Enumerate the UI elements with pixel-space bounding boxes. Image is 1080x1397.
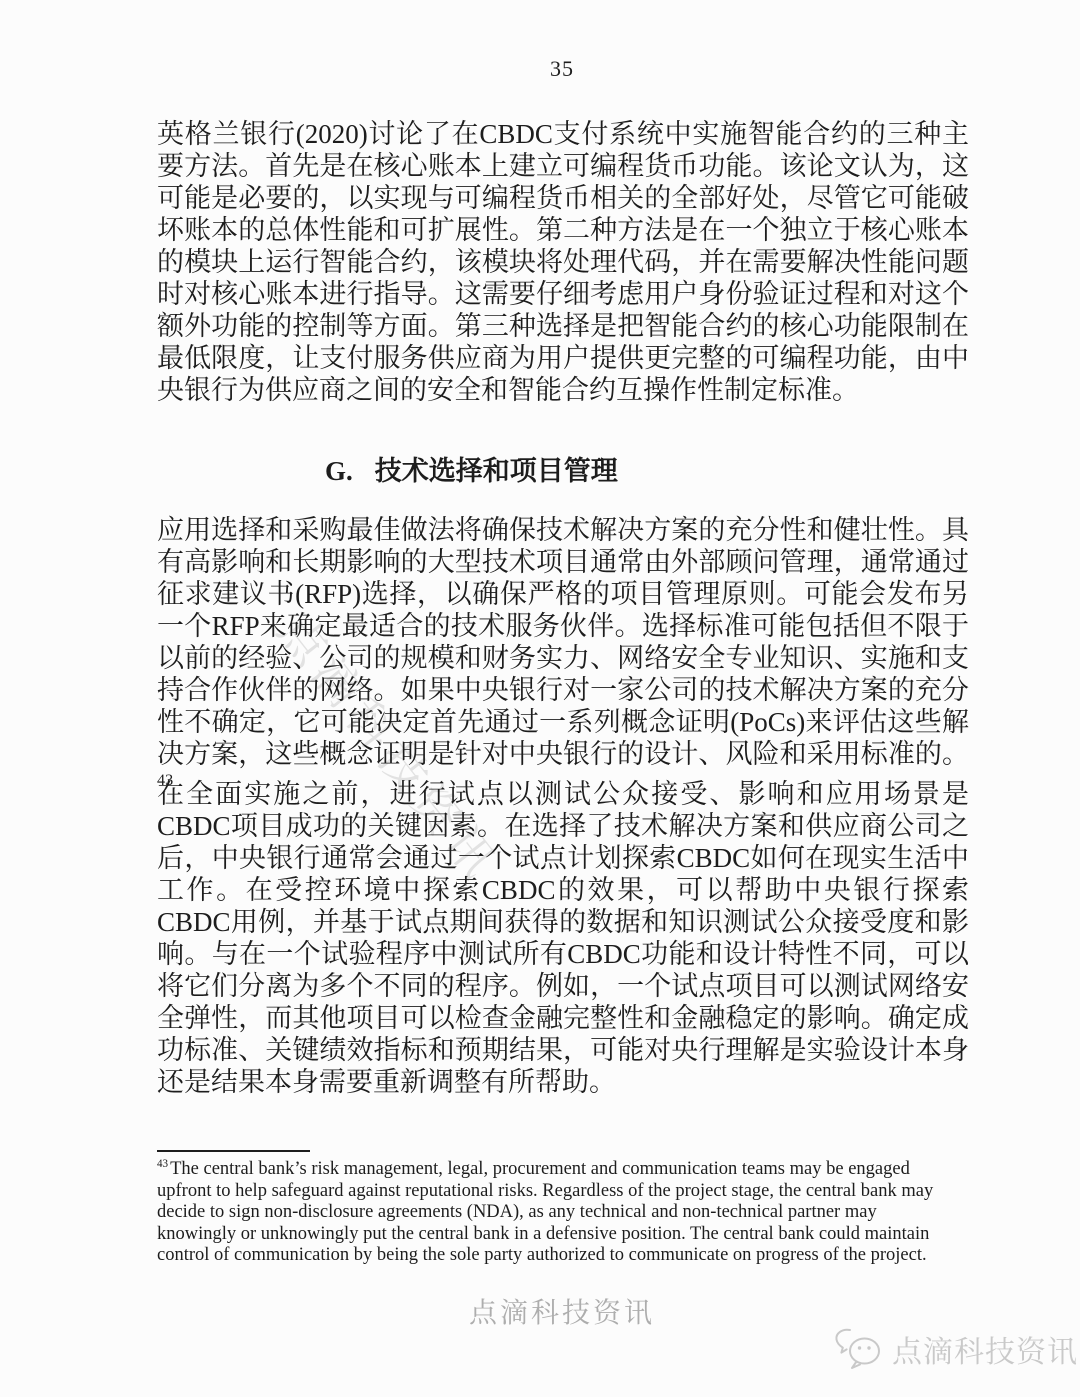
bottom-center-watermark: 点滴科技资讯 — [157, 1291, 967, 1331]
paragraph-technology-selection-text: 应用选择和采购最佳做法将确保技术解决方案的充分性和健壮性。具有高影响和长期影响的… — [157, 515, 969, 769]
wechat-chat-bubbles-icon — [833, 1326, 885, 1372]
footnote-43: 43The central bank’s risk management, le… — [157, 1159, 957, 1267]
footnote-43-text: The central bank’s risk management, lega… — [157, 1159, 933, 1265]
section-title: 技术选择和项目管理 — [375, 456, 618, 486]
footnote-separator-rule — [157, 1150, 310, 1152]
paragraph-technology-selection: 应用选择和采购最佳做法将确保技术解决方案的充分性和健壮性。具有高影响和长期影响的… — [157, 514, 969, 802]
section-heading: G.技术选择和项目管理 — [325, 449, 618, 488]
document-page: 35 点滴科技资讯 英格兰银行(2020)讨论了在CBDC支付系统中实施智能合约… — [0, 0, 1080, 1397]
section-letter: G. — [325, 456, 353, 486]
bottom-right-watermark-label: 点滴科技资讯 — [892, 1327, 1078, 1371]
paragraph-smart-contract-approaches: 英格兰银行(2020)讨论了在CBDC支付系统中实施智能合约的三种主要方法。首先… — [157, 118, 969, 406]
page-number: 35 — [157, 56, 967, 82]
footnote-43-marker: 43 — [157, 1158, 168, 1170]
paragraph-pilot-testing: 在全面实施之前，进行试点以测试公众接受、影响和应用场景是CBDC项目成功的关键因… — [157, 778, 969, 1098]
bottom-right-watermark: 点滴科技资讯 — [833, 1326, 1078, 1372]
